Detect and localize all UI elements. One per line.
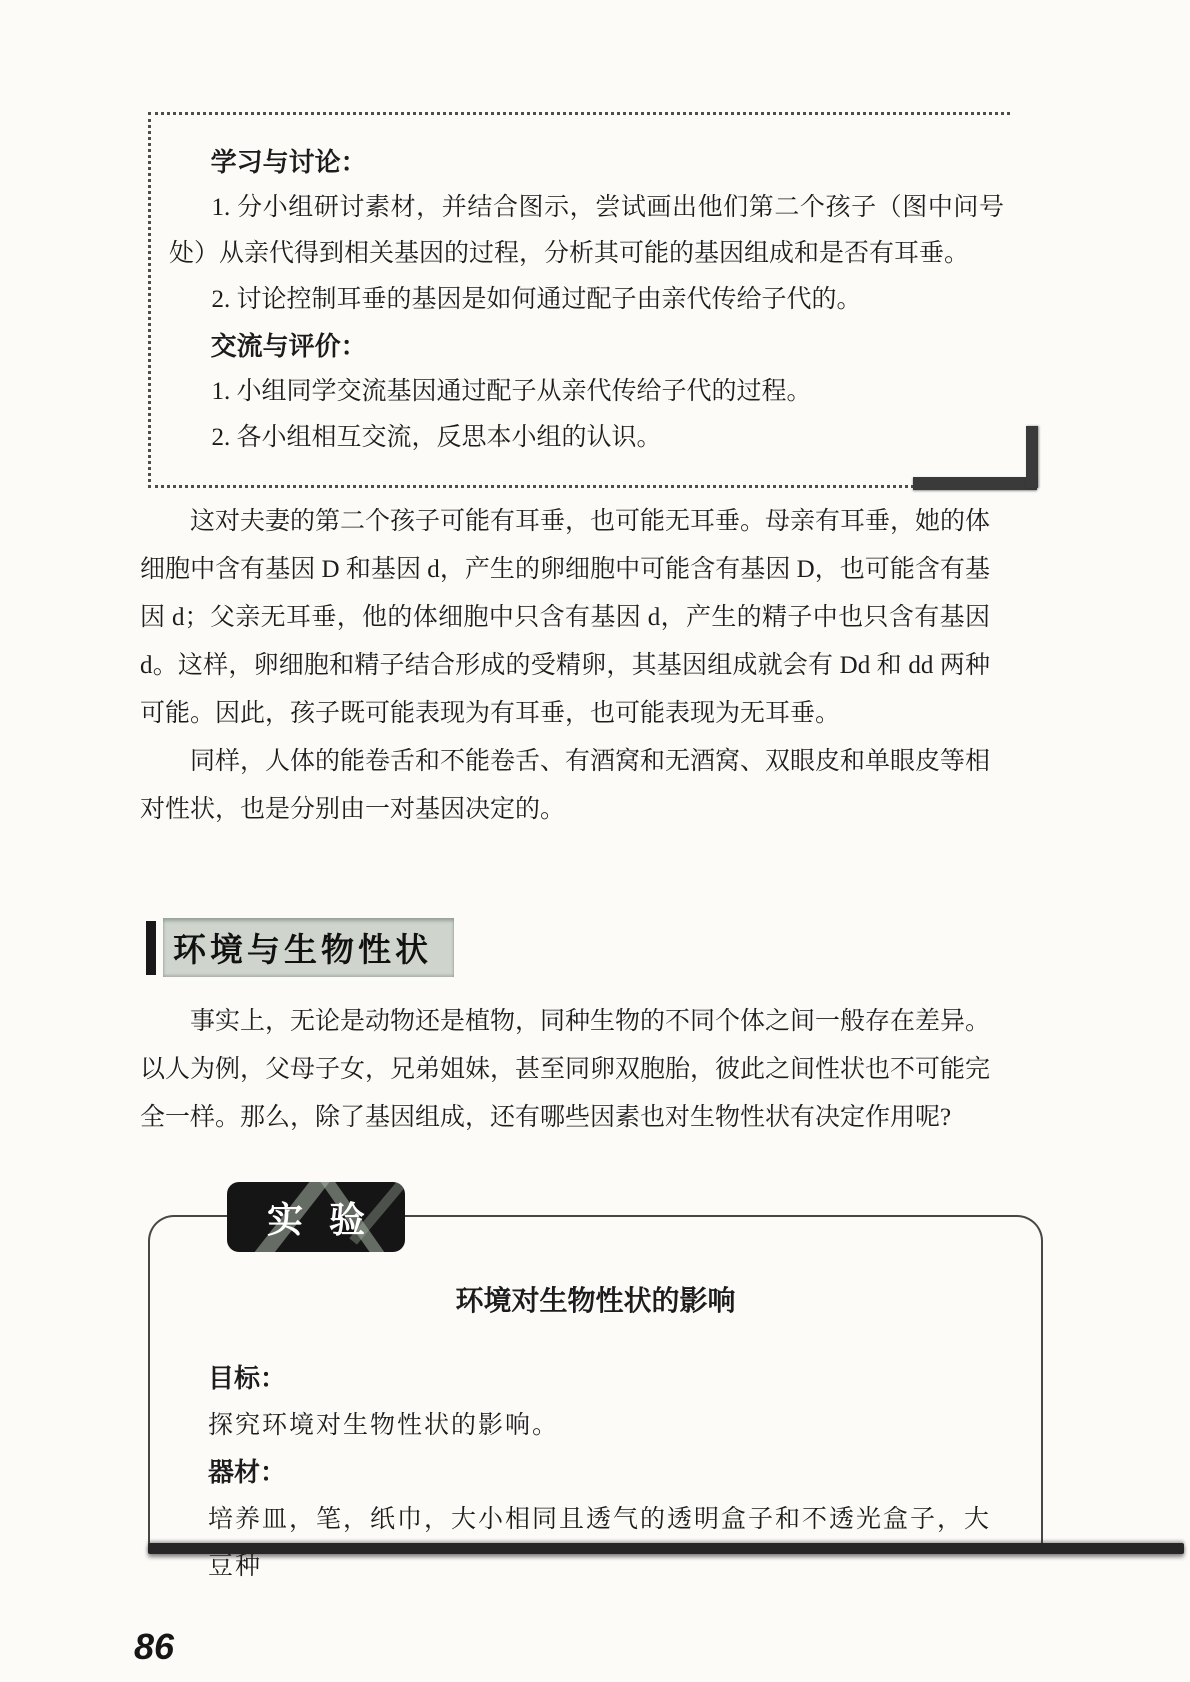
- paragraph-environment: 事实上，无论是动物还是植物，同种生物的不同个体之间一般存在差异。以人为例，父母子…: [140, 998, 990, 1142]
- study-item-1: 1. 分小组研讨素材，并结合图示，尝试画出他们第二个孩子（图中问号处）从亲代得到…: [169, 185, 1004, 277]
- section-heading-highlight: 环境与生物性状: [163, 918, 454, 977]
- scan-bottom-bar: [148, 1543, 1184, 1554]
- experiment-title: 环境对生物性状的影响: [150, 1279, 1041, 1319]
- experiment-content: 目标： 探究环境对生物性状的影响。 器材： 培养皿，笔，纸巾，大小相同且透气的透…: [150, 1355, 1041, 1590]
- badge-char-shi: 实: [267, 1192, 303, 1243]
- corner-mark-vertical: [1026, 426, 1038, 488]
- exchange-item-1: 1. 小组同学交流基因通过配子从亲代传给子代的过程。: [169, 369, 1004, 415]
- page-number: 86: [134, 1626, 174, 1668]
- paragraph-inheritance: 这对夫妻的第二个孩子可能有耳垂，也可能无耳垂。母亲有耳垂，她的体细胞中含有基因 …: [140, 498, 990, 738]
- goal-heading: 目标：: [208, 1355, 1001, 1402]
- corner-mark-horizontal: [913, 477, 1037, 490]
- goal-text: 探究环境对生物性状的影响。: [208, 1402, 1001, 1449]
- exchange-item-2: 2. 各小组相互交流，反思本小组的认识。: [169, 415, 1004, 461]
- experiment-badge: 实 验: [227, 1182, 405, 1252]
- badge-char-yan: 验: [329, 1192, 365, 1243]
- section-heading-text: 环境与生物性状: [173, 931, 432, 968]
- exchange-heading: 交流与评价：: [169, 323, 1004, 369]
- study-item-2: 2. 讨论控制耳垂的基因是如何通过配子由亲代传给子代的。: [169, 277, 1004, 323]
- study-discussion-box: 学习与讨论： 1. 分小组研讨素材，并结合图示，尝试画出他们第二个孩子（图中问号…: [148, 112, 1010, 488]
- study-heading: 学习与讨论：: [169, 139, 1004, 185]
- experiment-box: 环境对生物性状的影响 目标： 探究环境对生物性状的影响。 器材： 培养皿，笔，纸…: [148, 1215, 1043, 1547]
- environment-text-block: 事实上，无论是动物还是植物，同种生物的不同个体之间一般存在差异。以人为例，父母子…: [140, 998, 990, 1142]
- materials-heading: 器材：: [208, 1449, 1001, 1496]
- main-text-block: 这对夫妻的第二个孩子可能有耳垂，也可能无耳垂。母亲有耳垂，她的体细胞中含有基因 …: [140, 498, 990, 834]
- section-bar-icon: [146, 921, 156, 975]
- section-header: 环境与生物性状: [146, 918, 454, 977]
- paragraph-traits: 同样，人体的能卷舌和不能卷舌、有酒窝和无酒窝、双眼皮和单眼皮等相对性状，也是分别…: [140, 738, 990, 834]
